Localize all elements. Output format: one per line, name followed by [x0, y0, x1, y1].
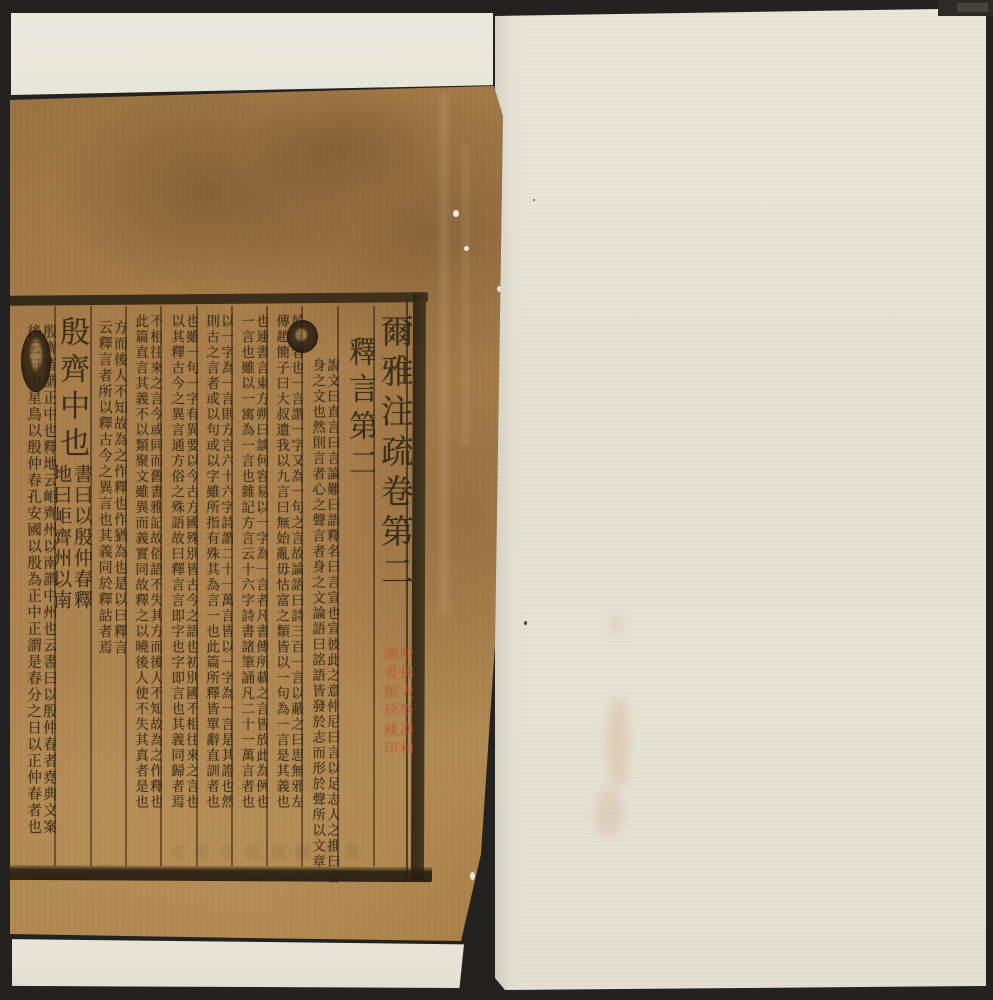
main-entry-text: 殷齊中也	[56, 316, 86, 464]
printed-leaf: 爾雅注疏卷第二釋言第二說文曰直言曰言論難曰語釋名曰言宣也宣彼此之意仲尼曰言以足志…	[8, 84, 505, 944]
note-subcolumn-left: 地曰岠齊州以南	[56, 464, 71, 874]
note-subcolumn-left: 身之文也然則言者心之聲言者身之文論語曰詺語皆發於志而形於聲所以文章	[309, 358, 324, 916]
stain-smudge	[613, 609, 623, 639]
paper-crease	[440, 94, 448, 614]
seal-bleedthrough-smudge	[595, 789, 623, 837]
book-photograph: 爾雅注疏卷第二釋言第二說文曰直言曰言論難曰語釋名曰言宣也宣彼此之意仲尼曰言以足志…	[0, 0, 993, 1000]
note-subcolumn-left: 後云日中星鳥以殷仲春孔安國以殷為正中正謂是春分之日以正仲春者也	[24, 324, 40, 882]
commentary-column-c4: 於身者也一言謂一字又為一句之言故論語曰詩三百一言以蔽之曰思無邪左傳趙簡子曰大叔遺…	[268, 306, 303, 872]
note-subcolumn-right: 也雖一句一字有異要以今古方國殊別皆古今之語也初別國不相往來之言也	[183, 314, 198, 872]
white-fleck	[464, 246, 469, 251]
frame-right-border	[411, 294, 426, 880]
note-subcolumn-right: 書曰以殷仲春釋	[71, 464, 92, 874]
note-subcolumn-left: 一言也雖以一㝢為一言也雜記方言云十六字詩書諸筆誦凡二十一萬言者也	[238, 314, 253, 872]
note-subcolumn-right: 於身者也一言謂一字又為一句之言故論語曰詩三百一言以蔽之曰思無邪左	[288, 314, 303, 872]
binding-corner-highlight	[957, 3, 988, 12]
note-subcolumn-left: 此篇直言其義不以類聚文雖異而義實同故釋之以曉後人使不失其真者是也	[132, 314, 147, 872]
underleaf-top-edge	[11, 13, 493, 95]
section-title-column: 釋言第二	[339, 306, 375, 894]
seal-column-left: 圖書館珍藏印	[381, 646, 397, 892]
main-text-column-c10: 殷齊中也書曰以殷仲春釋地曰岠齊州以南	[56, 306, 92, 874]
oval-ink-seal	[21, 330, 51, 392]
note-subcolumn-left: 云釋言者所以釋古今之異言也其義同於釋詁者焉	[96, 320, 111, 878]
note-subcolumn-right: 說文曰直言曰言論難曰語釋名曰言宣也宣彼此之意仲尼曰言以足志人之推曰言	[324, 358, 339, 916]
commentary-column-c5: 也連書言東方朔曰談何容易以一字為一言者凡書傳所載之言皆放此為例也一言也雖以一㝢為…	[233, 306, 268, 872]
commentary-column-c3: 說文曰直言曰言論難曰語釋名曰言宣也宣彼此之意仲尼曰言以足志人之推曰言身之文也然則…	[303, 306, 339, 916]
dark-speck	[533, 199, 535, 201]
note-subcolumn-right: 以一字為一言則方言六十六字詩謂二十一萬言皆以一字為一言是其證也然	[218, 314, 233, 872]
frame-top-border	[4, 292, 428, 306]
commentary-column-c9: 方而後人不知故為之作釋也作猶為也是以曰釋言云釋言者所以釋古今之異言也其義同於釋詁…	[92, 306, 127, 878]
white-fleck	[470, 872, 475, 880]
right-blank-page	[495, 9, 986, 990]
seal-column-right: 哈佛大學漢和	[397, 646, 413, 892]
commentary-column-c11: 殷齊皆謂正中也釋地云岠齊州以南謂中州也云書曰以殷仲春者堯典文案後云日中星鳥以殷仲…	[20, 306, 56, 882]
underleaf-bottom-edge	[12, 936, 464, 988]
note-subcolumn-right: 方而後人不知故為之作釋也作猶為也是以曰釋言	[112, 320, 127, 878]
round-ink-seal	[287, 320, 318, 353]
note-subcolumn-right: 殷齊皆謂正中也釋地云岠齊州以南謂中州也云書曰以殷仲春者堯典文案	[40, 324, 56, 882]
bleedthrough-marks: 黃智國鼎語至年吉	[126, 840, 361, 866]
commentary-column-c8: 不相往來之言今或同而舊書雅記故俗語不失其方而後人不知故為之作釋也此篇直言其義不以…	[127, 306, 162, 872]
paper-crease	[463, 144, 468, 444]
harvard-yenching-library-seal: 哈佛大學漢和 圖書館珍藏印	[381, 646, 413, 892]
commentary-column-c7: 也雖一句一字有異要以今古方國殊別皆古今之語也初別國不相往來之言也以其釋古今之異言…	[162, 306, 198, 872]
section-title: 釋言第二	[345, 336, 375, 894]
note-subcolumn-right: 也連書言東方朔曰談何容易以一字為一言者凡書傳所載之言皆放此為例也	[253, 314, 268, 872]
white-fleck	[453, 210, 459, 217]
note-subcolumn-left: 以其釋古今之異言通方俗之殊語故曰釋言言即字也字即言也其義同歸者焉	[168, 314, 183, 872]
commentary-column-c6: 以一字為一言則方言六十六字詩謂二十一萬言皆以一字為一言是其證也然則古之言者或以句…	[198, 306, 233, 872]
note-subcolumn-left: 則古之言者或以句或以字雖所指有殊其為言一也此篇所釋皆單辭直訓者也	[203, 314, 218, 872]
note-subcolumn-left: 傳趙簡子曰大叔遺我以九言曰無始亂毋怙富之類皆以一句為一言是其義也	[273, 314, 288, 872]
dark-speck	[524, 621, 527, 625]
note-subcolumn-right: 不相往來之言今或同而舊書雅記故俗語不失其方而後人不知故為之作釋也	[147, 314, 162, 872]
seal-bleedthrough-smudge	[607, 697, 629, 789]
